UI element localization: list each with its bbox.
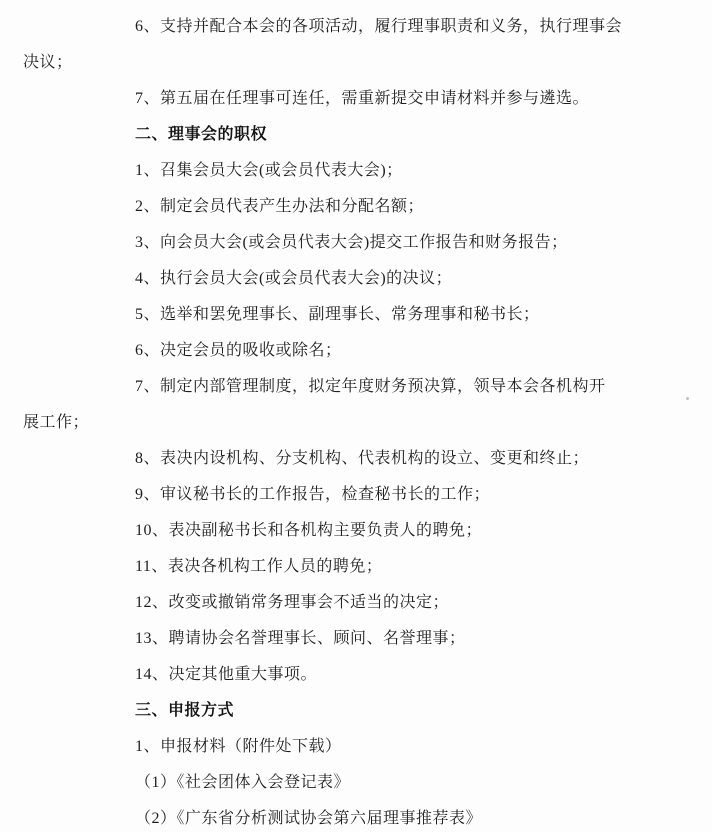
text-line: 13、聘请协会名誉理事长、顾问、名誉理事； [23,621,688,657]
text-line: 6、决定会员的吸收或除名； [23,333,688,369]
text-line: 9、审议秘书长的工作报告，检查秘书长的工作； [23,477,688,513]
text-line: 展工作； [23,405,688,441]
scan-artifact [686,397,689,400]
text-line: 2、制定会员代表产生办法和分配名额； [23,189,688,225]
text-line: 1、召集会员大会(或会员代表大会)； [23,153,688,189]
text-line: 6、支持并配合本会的各项活动，履行理事职责和义务，执行理事会 [23,9,688,45]
document-page: 6、支持并配合本会的各项活动，履行理事职责和义务，执行理事会决议；7、第五届在任… [0,0,712,832]
text-line: 5、选举和罢免理事长、副理事长、常务理事和秘书长； [23,297,688,333]
text-line: 决议； [23,45,688,81]
text-line: 1、申报材料（附件处下载） [23,729,688,765]
section-heading: 三、申报方式 [23,693,688,729]
section-heading: 二、理事会的职权 [23,117,688,153]
text-line: 10、表决副秘书长和各机构主要负责人的聘免； [23,513,688,549]
text-line: 12、改变或撤销常务理事会不适当的决定； [23,585,688,621]
text-line: 14、决定其他重大事项。 [23,657,688,693]
text-line: 7、制定内部管理制度，拟定年度财务预决算，领导本会各机构开 [23,369,688,405]
text-line: 3、向会员大会(或会员代表大会)提交工作报告和财务报告； [23,225,688,261]
text-line: 8、表决内设机构、分支机构、代表机构的设立、变更和终止； [23,441,688,477]
text-line: 7、第五届在任理事可连任，需重新提交申请材料并参与遴选。 [23,81,688,117]
text-line: （1）《社会团体入会登记表》 [23,765,688,801]
text-block: 6、支持并配合本会的各项活动，履行理事职责和义务，执行理事会决议；7、第五届在任… [0,0,712,832]
text-line: 11、表决各机构工作人员的聘免； [23,549,688,585]
text-line: 4、执行会员大会(或会员代表大会)的决议； [23,261,688,297]
text-line: （2）《广东省分析测试协会第六届理事推荐表》 [23,801,688,832]
